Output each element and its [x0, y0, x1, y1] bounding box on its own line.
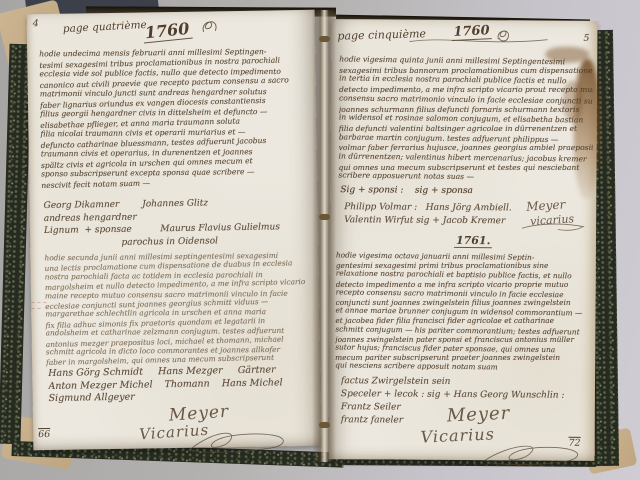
manuscript-line: qui nesciens scribere apposuit notam sua…	[335, 361, 591, 373]
folio-number-bottom-left: 66	[38, 429, 50, 440]
folio-number-top-left: 4	[33, 18, 39, 29]
witness-signature-line: Philipp Volmar : Hans Jörg Ambiell.	[344, 201, 524, 215]
mid-year-1761: 1761.	[454, 234, 493, 248]
folio-number-top-right: 5	[583, 33, 589, 44]
red-margin-notes: ~ ~ ~~ ~	[31, 300, 47, 312]
marbled-cover-left-edge	[0, 44, 32, 444]
signature-flourish-icon	[520, 220, 586, 232]
left-witness-block: Georg Dikamner Johannes Glitzandreas hen…	[44, 196, 307, 250]
witness-signature-line: Valentin Wirfut sig + Jacob Kremer	[344, 214, 524, 228]
right-page-year: 1760	[451, 23, 492, 41]
left-entry-1: hodie undecima mensis februarii anni mil…	[39, 46, 305, 190]
right-entry-2: hodie vigesima octava januarii anni mill…	[335, 251, 592, 372]
binding-stitch	[319, 36, 330, 42]
book-gutter	[312, 10, 336, 462]
binding-stitch	[319, 214, 330, 220]
left-entry-2: hodie secunda junii anni millesimi septi…	[44, 250, 308, 367]
binding-stitch	[319, 422, 330, 428]
scanned-register-spread: 4 page quatrième 1760 hodie undecima men…	[0, 0, 640, 480]
witness-signature-line: Sigmund Allgeyer	[49, 389, 311, 406]
sponsi-marks-line: Sig + sponsi : sig + sponsa	[340, 185, 473, 196]
signature-flourish-icon	[183, 428, 295, 456]
left-page-year: 1760	[142, 19, 192, 44]
left-page: 4 page quatrième 1760 hodie undecima men…	[27, 10, 322, 450]
folio-number-bottom-right: 72	[568, 438, 580, 449]
paraph-icon	[493, 26, 513, 44]
right-entry-1: hodie vigesima quinta junii anni millesi…	[338, 55, 593, 183]
meyer-signature: Meyer	[446, 403, 510, 427]
meyer-signature: Meyer	[526, 197, 566, 213]
margin-note-line: ~ ~	[31, 306, 47, 312]
left-signature-block: Hans Görg Schmidt Hans Mezger GärtnerAnt…	[48, 364, 311, 406]
right-page: page cinquième 1760 5 hodie vigesima qui…	[328, 19, 597, 461]
manuscript-line: scribere apposuerunt notas suas —	[338, 171, 592, 184]
left-page-header: page quatrième	[63, 19, 147, 35]
right-signature-block-1: Philipp Volmar : Hans Jörg Ambiell.Valen…	[344, 201, 524, 227]
paraph-icon	[199, 17, 221, 35]
